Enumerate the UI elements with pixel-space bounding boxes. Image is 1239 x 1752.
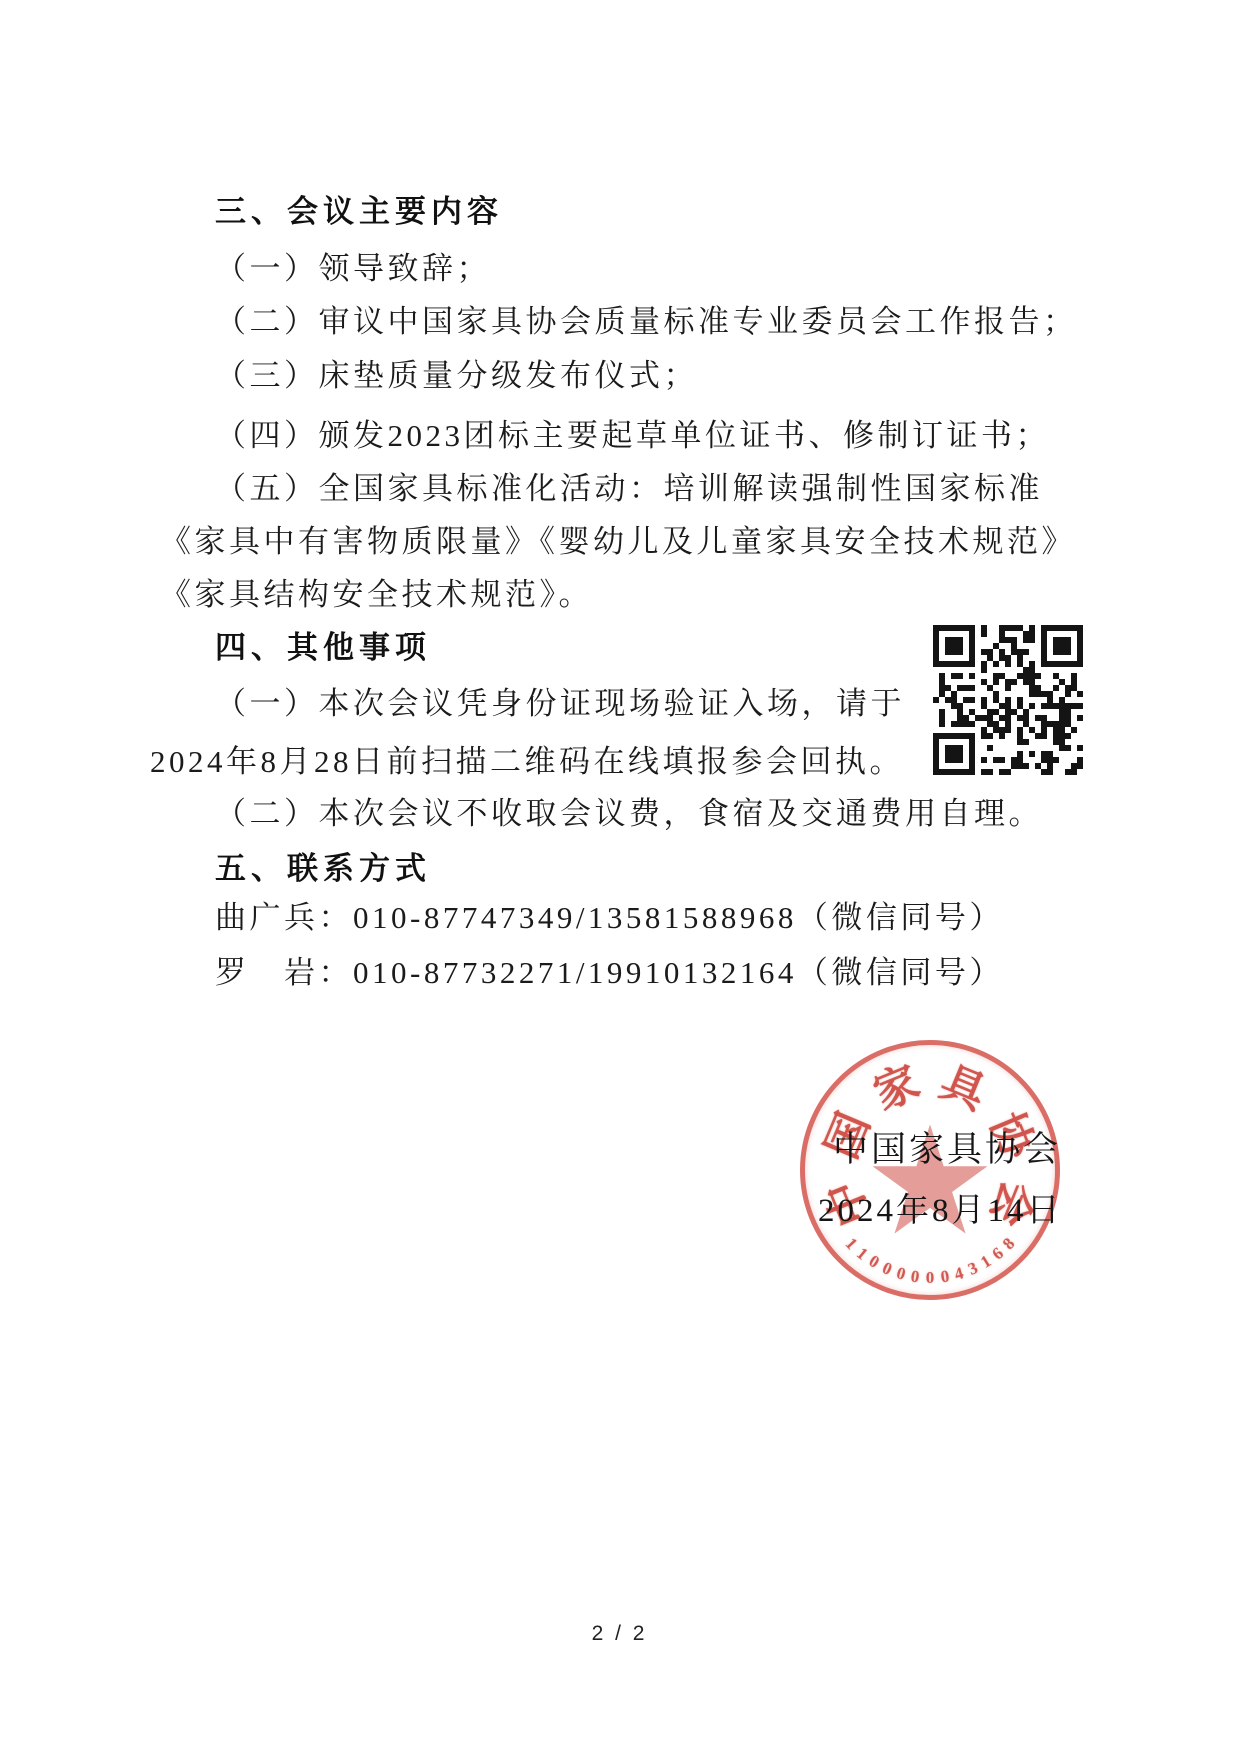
agenda-item-5-continued-2: 《家具结构安全技术规范》。 <box>160 569 593 614</box>
other-matter-2: （二）本次会议不收取会议费，食宿及交通费用自理。 <box>215 788 1043 833</box>
contact-line-2: 罗 岩：010-87732271/19910132164（微信同号） <box>215 947 1004 992</box>
contact-line-1: 曲广兵：010-87747349/13581588968（微信同号） <box>215 892 1004 937</box>
heading-other-matters: 四、其他事项 <box>215 622 431 667</box>
heading-contact-info: 五、联系方式 <box>215 843 431 888</box>
agenda-item-4: （四）颁发2023团标主要起草单位证书、修制订证书； <box>215 410 1050 455</box>
other-matter-1: （一）本次会议凭身份证现场验证入场，请于 <box>215 678 905 723</box>
page-indicator: 2 / 2 <box>0 1622 1239 1646</box>
agenda-item-1: （一）领导致辞； <box>215 243 491 288</box>
other-matter-1-continued: 2024年8月28日前扫描二维码在线填报参会回执。 <box>150 736 904 781</box>
agenda-item-3: （三）床垫质量分级发布仪式； <box>215 350 698 395</box>
seal-text-char: 0 <box>939 1266 950 1287</box>
heading-meeting-content: 三、会议主要内容 <box>215 186 503 231</box>
registration-qr-code <box>928 620 1088 782</box>
signature-date: 2024年8月14日 <box>818 1184 1063 1231</box>
qr-code-image <box>928 620 1088 782</box>
signature-org: 中国家具协会 <box>833 1122 1061 1172</box>
agenda-item-5: （五）全国家具标准化活动：培训解读强制性国家标准 <box>215 463 1043 508</box>
seal-text-char: 0 <box>926 1268 935 1288</box>
agenda-item-2: （二）审议中国家具协会质量标准专业委员会工作报告； <box>215 296 1078 341</box>
agenda-item-5-continued: 《家具中有害物质限量》《婴幼儿及儿童家具安全技术规范》 <box>160 516 1076 561</box>
document-page: 三、会议主要内容 （一）领导致辞； （二）审议中国家具协会质量标准专业委员会工作… <box>0 0 1239 1752</box>
